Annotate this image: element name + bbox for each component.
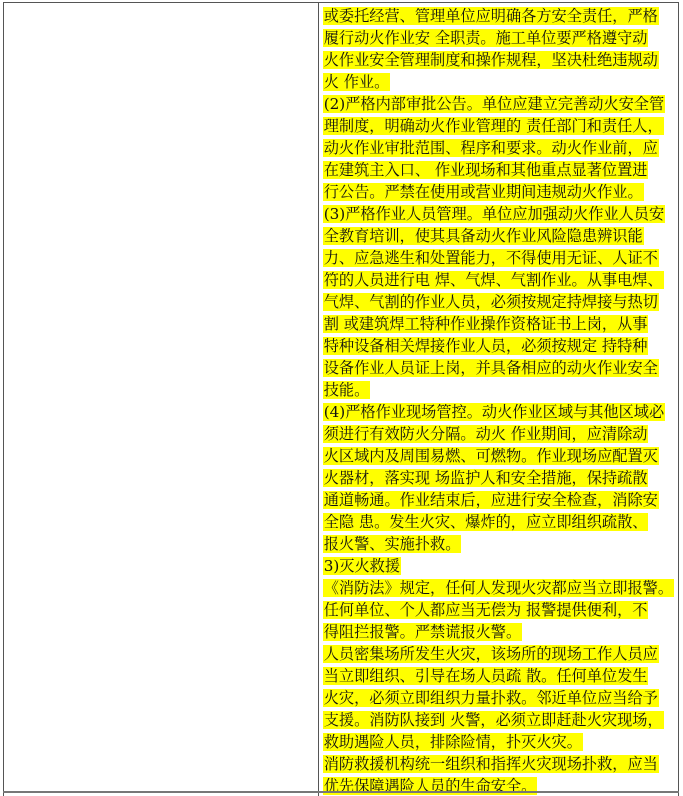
text-line-heading-3: (3)严格作业人员管理。单位应加强动火作业人员安 (323, 203, 674, 225)
text-line: 火器材，落实现 场监护人和安全措施，保持疏散 (323, 467, 674, 489)
section-heading-fire-rescue: 3)灭火救援 (323, 555, 674, 577)
text-line: 火作业安全管理制度和操作规程，坚决杜绝违规动 (323, 49, 674, 71)
text-line: 通道畅通。作业结束后，应进行安全检查，消除安 (323, 489, 674, 511)
text-line: 火 作业。 (323, 71, 674, 93)
text-line: 履行动火作业安 全职责。施工单位要严格遵守动 (323, 27, 674, 49)
table-cell-text: 或委托经营、管理单位应明确各方安全责任，严格 履行动火作业安 全职责。施工单位要… (319, 3, 678, 796)
text-line: 《消防法》规定，任何人发现火灾都应当立即报警。 (323, 577, 674, 599)
table-cell-left-empty (4, 3, 319, 796)
text-line: 技能。 (323, 379, 674, 401)
text-line: 气焊、气割的作业人员，必须按规定持焊接与热切 (323, 291, 674, 313)
text-line: 任何单位、个人都应当无偿为 报警提供便利，不 (323, 599, 674, 621)
text-line: 割 或建筑焊工特种作业操作资格证书上岗，从事 (323, 313, 674, 335)
text-line: 行公告。严禁在使用或营业期间违规动火作业。 (323, 181, 674, 203)
text-line: 全隐 患。发生火灾、爆炸的，应立即组织疏散、 (323, 511, 674, 533)
text-line: 理制度，明确动火作业管理的 责任部门和责任人， (323, 115, 674, 137)
text-line: 或委托经营、管理单位应明确各方安全责任，严格 (323, 5, 674, 27)
text-line: 得阻拦报警。严禁谎报火警。 (323, 621, 674, 643)
text-line: 火灾，必须立即组织力量扑救。邻近单位应当给予 (323, 687, 674, 709)
text-line: 特种设备相关焊接作业人员，必须按规定 持特种 (323, 335, 674, 357)
text-line: 设备作业人员证上岗，并具备相应的动火作业安全 (323, 357, 674, 379)
text-line: 支援。消防队接到 火警，必须立即赶赴火灾现场， (323, 709, 674, 731)
text-line: 全教育培训，使其具备动火作业风险隐患辨识能 (323, 225, 674, 247)
text-line: 救助遇险人员，排除险情，扑灭火灾。 (323, 731, 674, 753)
text-line-heading-2: (2)严格内部审批公告。单位应建立完善动火安全管 (323, 93, 674, 115)
text-line-heading-4: (4)严格作业现场管控。动火作业区域与其他区域必 (323, 401, 674, 423)
text-line: 须进行有效防火分隔。动火 作业期间，应清除动 (323, 423, 674, 445)
text-line: 符的人员进行电 焊、气焊、气割作业。从事电焊、 (323, 269, 674, 291)
text-line: 报火警、实施扑救。 (323, 533, 674, 555)
text-line: 在建筑主入口、 作业现场和其他重点显著位置进 (323, 159, 674, 181)
text-line: 力、应急逃生和处置能力，不得使用无证、人证不 (323, 247, 674, 269)
table-bottom-border (3, 791, 679, 793)
text-line: 火区域内及周围易燃、可燃物。作业现场应配置灭 (323, 445, 674, 467)
text-line: 消防救援机构统一组织和指挥火灾现场扑救，应当 (323, 753, 674, 775)
document-table: 或委托经营、管理单位应明确各方安全责任，严格 履行动火作业安 全职责。施工单位要… (3, 2, 679, 796)
text-line: 动火作业审批范围、程序和要求。动火作业前，应 (323, 137, 674, 159)
text-line: 人员密集场所发生火灾，该场所的现场工作人员应 (323, 643, 674, 665)
text-line: 当立即组织、引导在场人员疏 散。任何单位发生 (323, 665, 674, 687)
